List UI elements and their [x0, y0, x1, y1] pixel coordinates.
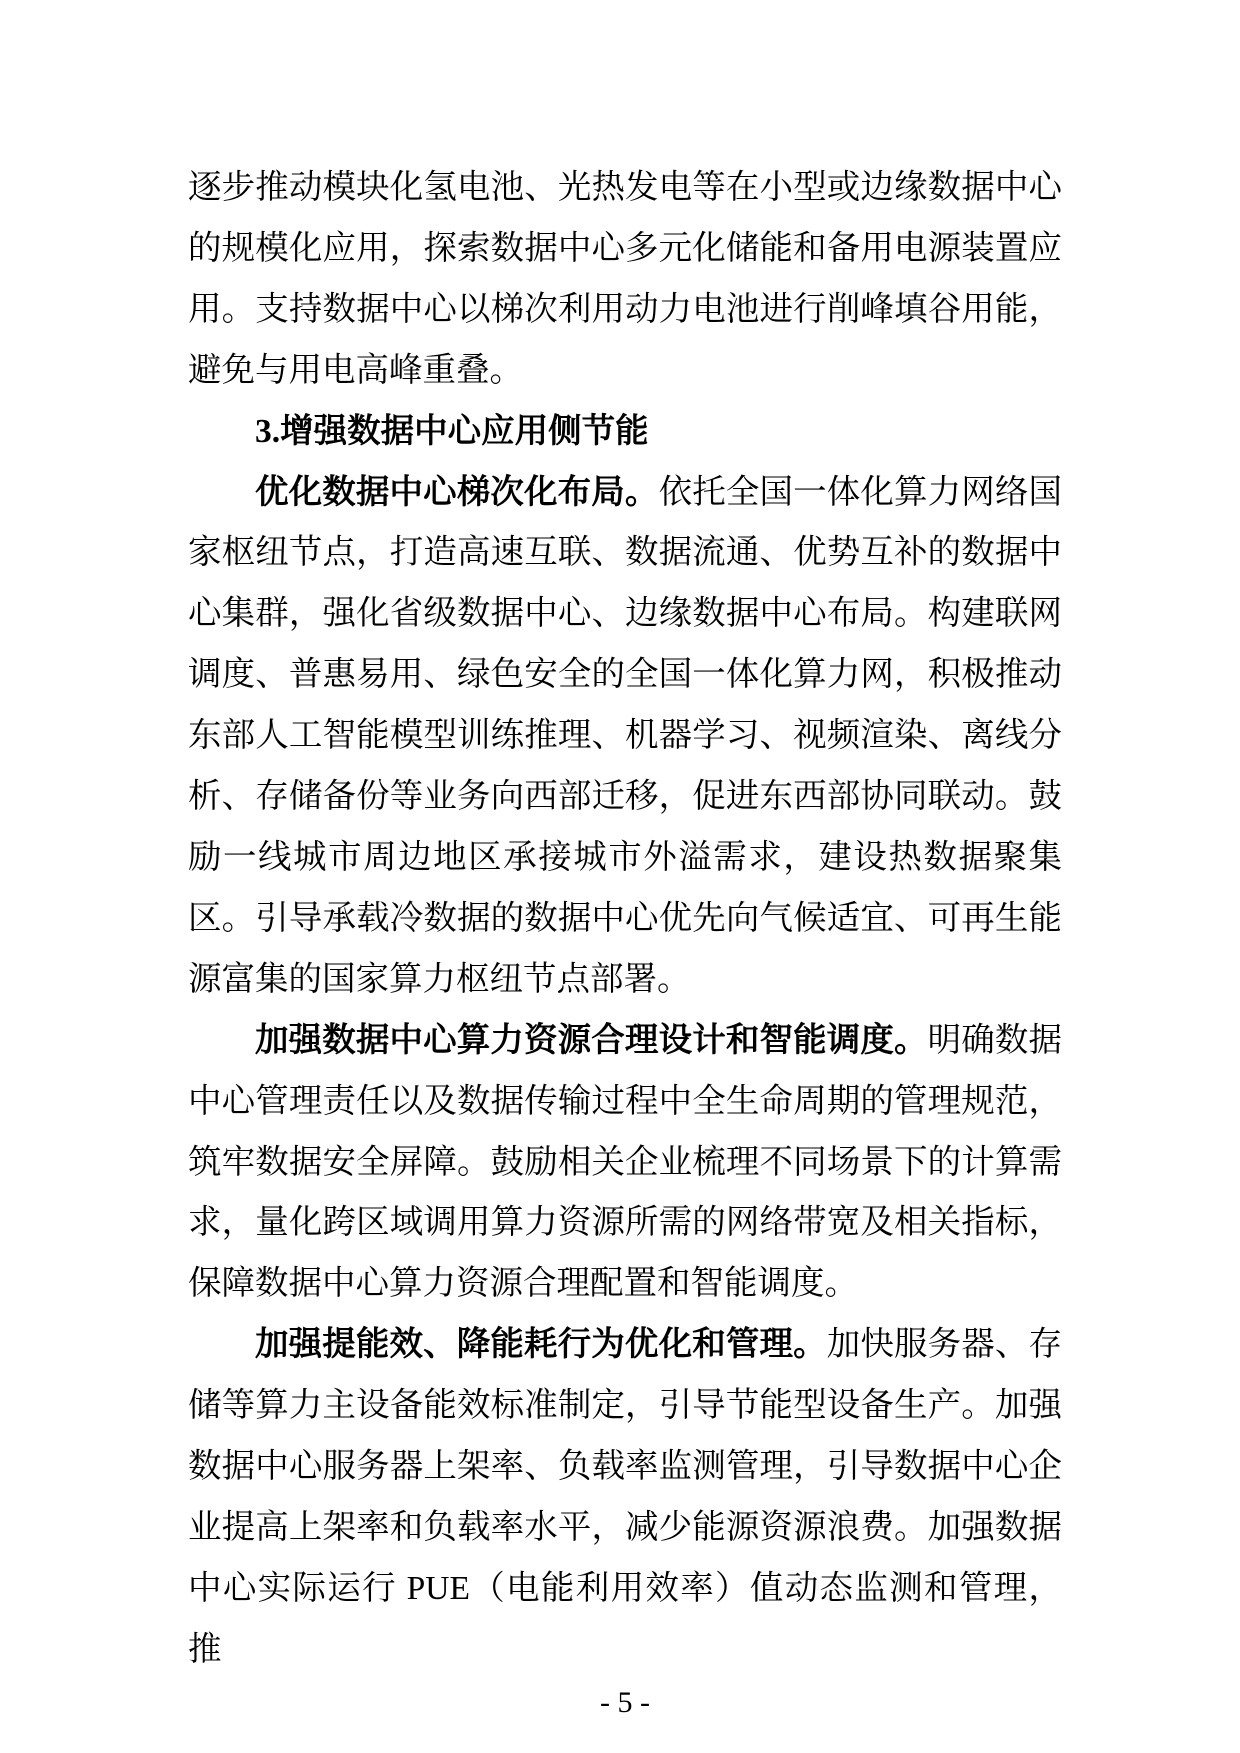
paragraph: 加强提能效、降能耗行为优化和管理。加快服务器、存储等算力主设备能效标准制定，引导…	[188, 1315, 1062, 1680]
paragraph: 优化数据中心梯次化布局。依托全国一体化算力网络国家枢纽节点，打造高速互联、数据流…	[188, 463, 1062, 1011]
document-body: 逐步推动模块化氢电池、光热发电等在小型或边缘数据中心的规模化应用，探索数据中心多…	[188, 158, 1062, 1681]
page-number: - 5 -	[188, 1685, 1062, 1721]
paragraph-text: 加快服务器、存储等算力主设备能效标准制定，引导节能型设备生产。加强数据中心服务器…	[188, 1326, 1062, 1668]
paragraph-continuation: 逐步推动模块化氢电池、光热发电等在小型或边缘数据中心的规模化应用，探索数据中心多…	[188, 158, 1062, 402]
paragraph-lead: 加强数据中心算力资源合理设计和智能调度。	[255, 1022, 928, 1059]
document-page: 逐步推动模块化氢电池、光热发电等在小型或边缘数据中心的规模化应用，探索数据中心多…	[0, 0, 1240, 1753]
paragraph: 加强数据中心算力资源合理设计和智能调度。明确数据中心管理责任以及数据传输过程中全…	[188, 1011, 1062, 1316]
paragraph-text: 依托全国一体化算力网络国家枢纽节点，打造高速互联、数据流通、优势互补的数据中心集…	[188, 474, 1062, 998]
paragraph-lead: 优化数据中心梯次化布局。	[255, 474, 659, 511]
section-heading: 3.增强数据中心应用侧节能	[188, 402, 1062, 463]
paragraph-text: 明确数据中心管理责任以及数据传输过程中全生命周期的管理规范，筑牢数据安全屏障。鼓…	[188, 1022, 1062, 1303]
paragraph-lead: 加强提能效、降能耗行为优化和管理。	[255, 1326, 827, 1363]
